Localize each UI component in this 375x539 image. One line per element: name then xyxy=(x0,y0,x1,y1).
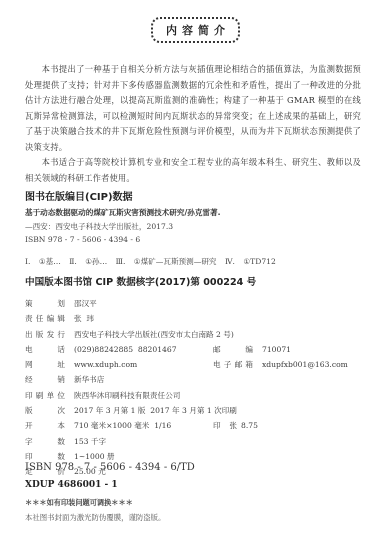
distributor-value: 新华书店 xyxy=(74,372,104,387)
cip-number: 中国版本图书馆 CIP 数据核字(2017)第 000224 号 xyxy=(25,274,256,288)
phone-value: (029)88242885 88201467 xyxy=(74,342,213,357)
row-label: 网址 xyxy=(25,357,65,372)
abstract-paragraph: 本书提出了一种基于自相关分析方法与灰插值理论相结合的插值算法，为监测数据预处理提… xyxy=(25,62,361,155)
anti-piracy-notice: 本社图书封面为激光防伪覆膜，谨防盗版。 xyxy=(25,512,165,523)
website-link[interactable]: www.xduph.com xyxy=(74,357,213,372)
row-label: 出版发行 xyxy=(25,327,65,342)
colophon: 策划 邵汉平 责任编辑 张 玮 出版发行 西安电子科技大学出版社(西安市太白南路… xyxy=(25,296,370,480)
colophon-row-editor: 责任编辑 张 玮 xyxy=(25,311,370,326)
edition-value: 2017 年 3 月第 1 版 2017 年 3 月第 1 次印刷 xyxy=(74,403,237,418)
row-label: 字数 xyxy=(25,434,65,449)
row-label: 经销 xyxy=(25,372,65,387)
colophon-row-edition: 版次 2017 年 3 月第 1 版 2017 年 3 月第 1 次印刷 xyxy=(25,403,370,418)
colophon-row-distributor: 经销 新华书店 xyxy=(25,372,370,387)
row-label: 电子邮箱 xyxy=(213,357,253,372)
isbn-full: ISBN 978 - 7 - 5606 - 4394 - 6/TD xyxy=(25,462,195,473)
abstract-paragraph: 本书适合于高等院校计算机专业和安全工程专业的高年级本科生、研究生、教师以及相关领… xyxy=(25,155,361,186)
publisher-value: 西安电子科技大学出版社(西安市太白南路 2 号) xyxy=(74,327,234,342)
copyright-page: 内容简介 本书提出了一种基于自相关分析方法与灰插值理论相结合的插值算法，为监测数… xyxy=(0,0,375,539)
colophon-row-phone: 电话 (029)88242885 88201467 邮编 710071 xyxy=(25,342,370,357)
cip-publisher-line: —西安：西安电子科技大学出版社，2017.3 xyxy=(25,220,365,234)
row-label: 开本 xyxy=(25,418,65,433)
planner-value: 邵汉平 xyxy=(74,296,97,311)
cip-title-line: 基于动态数据驱动的煤矿瓦斯灾害预测技术研究/孙克雷著. xyxy=(25,206,365,220)
exchange-notice: ＊＊＊如有印装问题可调换＊＊＊ xyxy=(25,498,133,508)
section-title-box: 内容简介 xyxy=(151,17,240,43)
cip-isbn-line: ISBN 978 - 7 - 5606 - 4394 - 6 xyxy=(25,233,365,247)
colophon-row-publisher: 出版发行 西安电子科技大学出版社(西安市太白南路 2 号) xyxy=(25,327,370,342)
colophon-row-words: 字数 153 千字 xyxy=(25,434,370,449)
colophon-row-printer: 印刷单位 陕西华沐印刷科技有限责任公司 xyxy=(25,388,370,403)
row-label: 版次 xyxy=(25,403,65,418)
colophon-row-format: 开本 710 毫米×1000 毫米 1/16 印张 8.75 xyxy=(25,418,370,433)
row-label: 责任编辑 xyxy=(25,311,65,326)
format-value: 710 毫米×1000 毫米 1/16 xyxy=(74,418,213,433)
sheets-value: 8.75 xyxy=(241,418,258,433)
cip-heading: 图书在版编目(CIP)数据 xyxy=(25,188,365,206)
book-abstract: 本书提出了一种基于自相关分析方法与灰插值理论相结合的插值算法，为监测数据预处理提… xyxy=(25,62,361,186)
row-label: 邮编 xyxy=(213,342,253,357)
printer-value: 陕西华沐印刷科技有限责任公司 xyxy=(74,388,180,403)
colophon-row-website: 网址 www.xduph.com 电子邮箱 xdupfxb001@163.com xyxy=(25,357,370,372)
words-value: 153 千字 xyxy=(74,434,106,449)
email-link[interactable]: xdupfxb001@163.com xyxy=(262,357,348,372)
editor-value: 张 玮 xyxy=(74,311,94,326)
row-label: 印张 xyxy=(213,418,237,433)
cip-block: 图书在版编目(CIP)数据 基于动态数据驱动的煤矿瓦斯灾害预测技术研究/孙克雷著… xyxy=(25,188,365,247)
row-label: 电话 xyxy=(25,342,65,357)
colophon-row-planner: 策划 邵汉平 xyxy=(25,296,370,311)
section-title: 内容简介 xyxy=(161,22,230,38)
row-label: 策划 xyxy=(25,296,65,311)
postcode-value: 710071 xyxy=(262,342,291,357)
cip-classification: Ⅰ. ①基… Ⅱ. ①孙… Ⅲ. ①煤矿—瓦斯预测—研究 Ⅳ. ①TD712 xyxy=(25,256,276,267)
xdup-code: XDUP 4686001 - 1 xyxy=(25,480,118,490)
row-label: 印刷单位 xyxy=(25,388,65,403)
